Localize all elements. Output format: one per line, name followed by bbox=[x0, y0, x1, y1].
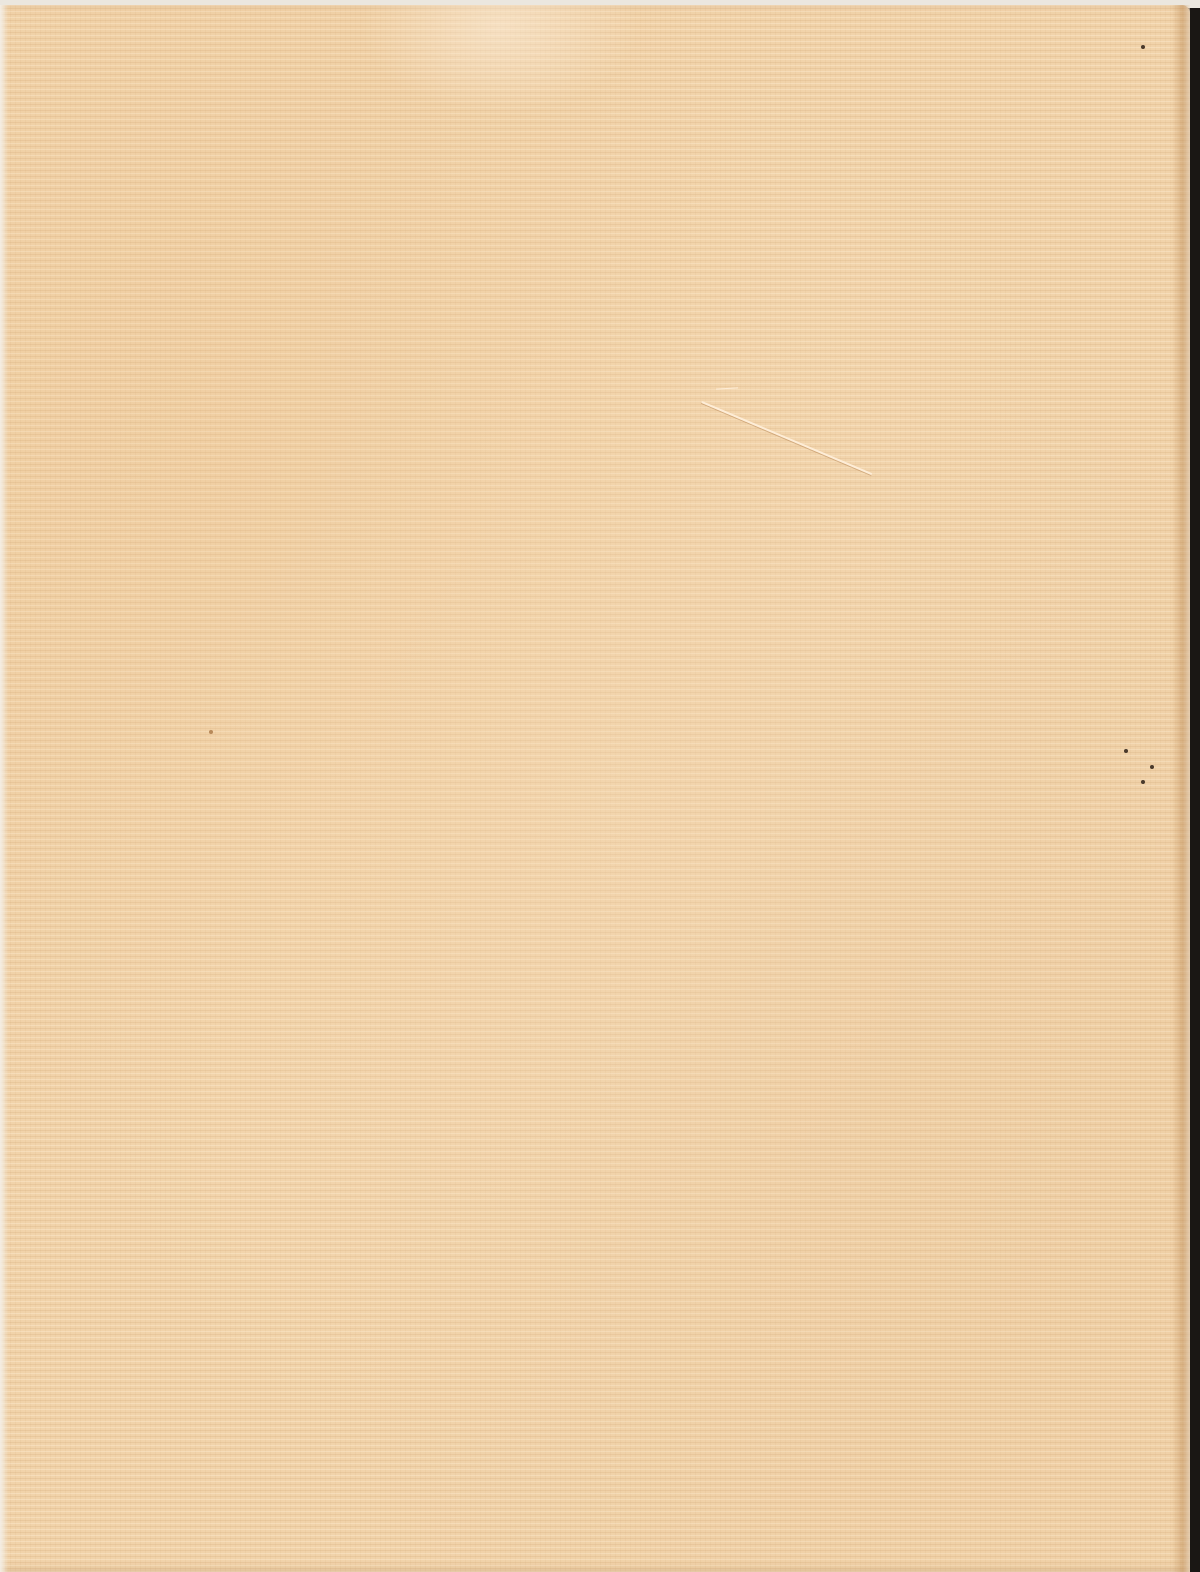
speck-mark bbox=[1124, 749, 1128, 753]
speck-mark bbox=[1141, 45, 1145, 49]
scratch-mark bbox=[701, 401, 872, 475]
paper-right-edge-wear bbox=[1172, 5, 1190, 1572]
paper-sheet bbox=[0, 5, 1190, 1572]
scanned-page bbox=[0, 0, 1200, 1572]
speck-mark bbox=[1150, 765, 1154, 769]
water-stain bbox=[360, 5, 640, 115]
paper-left-edge bbox=[0, 5, 8, 1572]
speck-mark bbox=[209, 730, 213, 734]
speck-mark bbox=[1141, 780, 1145, 784]
small-scratch-mark bbox=[716, 387, 738, 389]
